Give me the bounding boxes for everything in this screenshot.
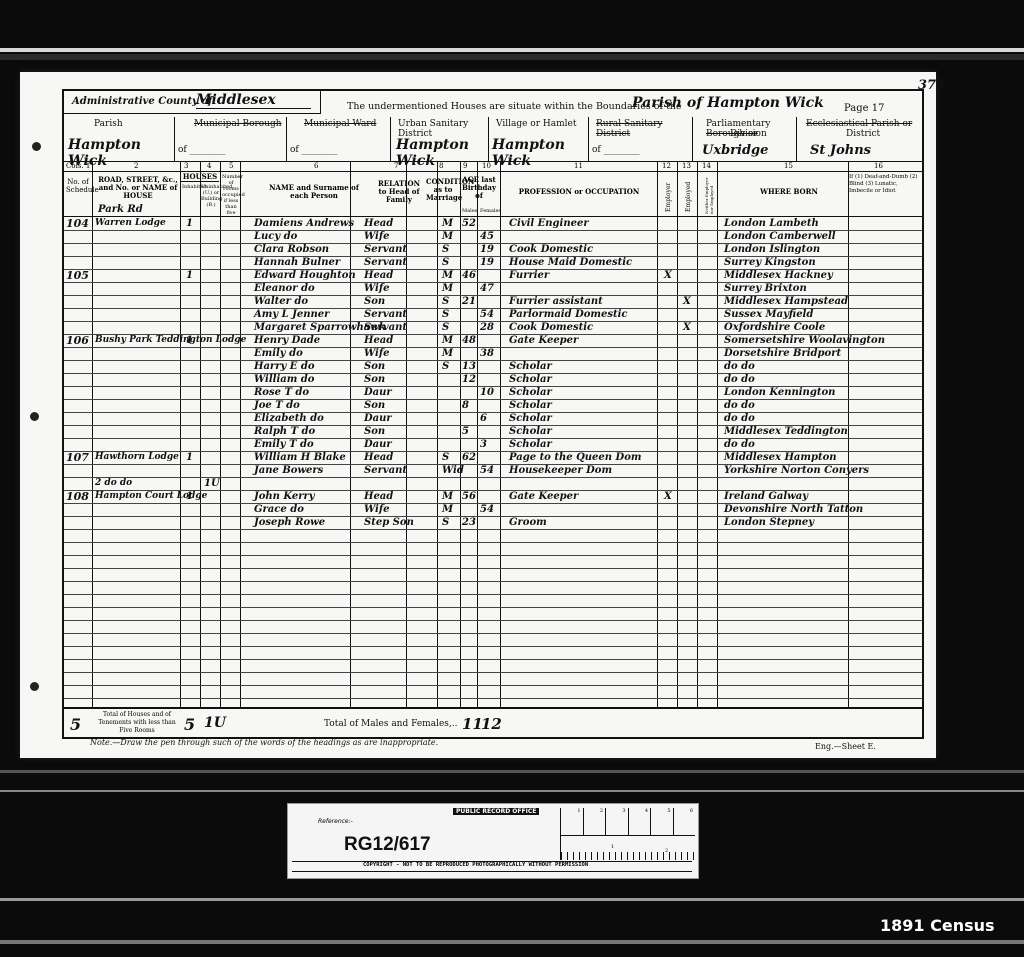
- cell-condition: Wid: [442, 464, 464, 477]
- field-ecclesiastical-district: Ecclesiastical Parish or District St Joh…: [796, 117, 922, 161]
- col-name: NAME and Surname of each Person: [264, 184, 364, 200]
- cell-occupation: House Maid Domestic: [509, 256, 632, 269]
- cell-where-born: London Stepney: [724, 516, 814, 529]
- cell-condition: S: [442, 256, 449, 269]
- reference-label: Reference:-: [318, 818, 353, 825]
- cell-name: John Kerry: [254, 490, 315, 503]
- cell-relation: Son: [364, 425, 385, 438]
- cell-condition: S: [442, 243, 449, 256]
- sheet-label: Eng.—Sheet E.: [815, 742, 876, 751]
- cell-occupation: Cook Domestic: [509, 321, 593, 334]
- table-row: Grace doWifeM54Devonshire North Tatton: [64, 503, 922, 517]
- scan-stripe: [0, 940, 1024, 944]
- col-age: AGE last Birthday of: [460, 176, 498, 200]
- cell-name: Joe T do: [254, 399, 300, 412]
- cell-name: Damiens Andrews: [254, 217, 354, 230]
- cell-female-age: 54: [480, 464, 494, 477]
- cell-name: Eleanor do: [254, 282, 315, 295]
- cell-where-born: Somersetshire Woolavington: [724, 334, 885, 347]
- cell-female-age: 47: [480, 282, 494, 295]
- col-relation: RELATION to Head of Family: [374, 180, 424, 204]
- admin-county-label: Administrative County of: [72, 96, 212, 107]
- scan-stripe: [0, 54, 1024, 60]
- table-row: Lucy doWifeM45London Camberwell: [64, 230, 922, 244]
- cell-occupation: Scholar: [509, 360, 552, 373]
- cell-occupation: Gate Keeper: [509, 334, 578, 347]
- cell-female-age: 3: [480, 438, 487, 451]
- copyright-notice: COPYRIGHT - NOT TO BE REPRODUCED PHOTOGR…: [363, 862, 588, 868]
- cell-name: Emily do: [254, 347, 303, 360]
- table-row: 108Hampton Court Lodge1John KerryHeadM56…: [64, 490, 922, 504]
- cell-name: Henry Dade: [254, 334, 320, 347]
- cell-occupation: Scholar: [509, 425, 552, 438]
- boundaries-value: Parish of Hampton Wick: [632, 95, 824, 111]
- cell-occupation: Gate Keeper: [509, 490, 578, 503]
- cell-name: Emily T do: [254, 438, 314, 451]
- cell-male-age: 23: [462, 516, 476, 529]
- cell-name: Grace do: [254, 503, 304, 516]
- table-row: Walter doSonS21Furrier assistantXMiddles…: [64, 295, 922, 309]
- col-females: Females: [480, 208, 501, 214]
- blank-row: [64, 594, 922, 608]
- folio-number: 374: [918, 78, 945, 93]
- field-rural-sanitary-district: Rural Sanitary District of ________: [588, 117, 693, 161]
- table-row: Emily doWifeM38Dorsetshire Bridport: [64, 347, 922, 361]
- page-number: Page 17: [844, 103, 884, 114]
- cell-where-born: London Camberwell: [724, 230, 836, 243]
- blank-row: [64, 529, 922, 543]
- table-row: Eleanor doWifeM47Surrey Brixton: [64, 282, 922, 296]
- cell-name: Harry E do: [254, 360, 315, 373]
- table-row: 2 do do1U: [64, 477, 922, 491]
- cell-female-age: 10: [480, 386, 494, 399]
- cell-relation: Son: [364, 360, 385, 373]
- admin-county-box: Administrative County of Middlesex: [64, 91, 321, 114]
- cell-inhabited: 1: [186, 451, 193, 464]
- col-where-born: WHERE BORN: [734, 188, 844, 196]
- cell-condition: M: [442, 269, 453, 282]
- cell-occupation: Furrier: [509, 269, 549, 282]
- blank-row: [64, 659, 922, 673]
- cell-condition: M: [442, 503, 453, 516]
- field-urban-sanitary-district: Urban Sanitary District Hampton Wick: [390, 117, 489, 161]
- table-row: 107Hawthorn Lodge1William H BlakeHeadS62…: [64, 451, 922, 465]
- cell-relation: Head: [364, 269, 393, 282]
- table-row: William doSon12Scholardo do: [64, 373, 922, 387]
- col-uninhabited: Uninhabited (U.) or Building (B.): [201, 184, 221, 208]
- cell-female-age: 6: [480, 412, 487, 425]
- blank-row: [64, 633, 922, 647]
- cell-relation: Son: [364, 295, 385, 308]
- cell-condition: M: [442, 282, 453, 295]
- total-males: 11: [462, 715, 483, 733]
- cell-condition: M: [442, 347, 453, 360]
- footer-note: Note.—Draw the pen through such of the w…: [90, 738, 438, 747]
- blank-row: [64, 581, 922, 595]
- record-office-label: PUBLIC RECORD OFFICE: [453, 808, 539, 815]
- cell-condition: S: [442, 295, 449, 308]
- cell-name: Clara Robson: [254, 243, 329, 256]
- district-fields: Parish Hampton Wick Municipal Borough of…: [64, 117, 922, 162]
- cell-relation: Servant: [364, 243, 407, 256]
- cell-relation: Head: [364, 490, 393, 503]
- col-occupation: PROFESSION or OCCUPATION: [504, 188, 654, 196]
- field-municipal-borough: Municipal Borough of ________: [174, 117, 287, 161]
- blank-row: [64, 646, 922, 660]
- cell-condition: S: [442, 451, 449, 464]
- cell-relation: Son: [364, 399, 385, 412]
- cell-name: Ralph T do: [254, 425, 315, 438]
- cell-employer: X: [664, 269, 672, 282]
- cell-schedule: 107: [66, 451, 89, 464]
- cell-relation: Servant: [364, 464, 407, 477]
- cell-relation: Wife: [364, 503, 390, 516]
- cell-male-age: 62: [462, 451, 476, 464]
- cell-occupation: Civil Engineer: [509, 217, 589, 230]
- cell-female-age: 45: [480, 230, 494, 243]
- cell-relation: Servant: [364, 321, 407, 334]
- cell-occupation: Furrier assistant: [509, 295, 603, 308]
- total-females: 12: [481, 715, 502, 733]
- cell-schedule: 106: [66, 334, 89, 347]
- cell-occupation: Scholar: [509, 386, 552, 399]
- cell-male-age: 21: [462, 295, 476, 308]
- cell-employer: X: [664, 490, 672, 503]
- reference-card: Reference:- PUBLIC RECORD OFFICE RG12/61…: [287, 803, 699, 879]
- scan-stripe: [0, 790, 1024, 792]
- col-neither: Neither Employer nor Employed: [704, 174, 714, 214]
- cell-male-age: 46: [462, 269, 476, 282]
- cell-where-born: Sussex Mayfield: [724, 308, 813, 321]
- street-name: Park Rd: [98, 204, 143, 215]
- cell-female-age: 54: [480, 503, 494, 516]
- cell-relation: Daur: [364, 438, 392, 451]
- cell-male-age: 56: [462, 490, 476, 503]
- reference-code: RG12/617: [344, 834, 431, 856]
- cell-inhabited: 1: [186, 490, 193, 503]
- cell-where-born: Dorsetshire Bridport: [724, 347, 841, 360]
- blank-row: [64, 568, 922, 582]
- table-row: Clara RobsonServantS19Cook DomesticLondo…: [64, 243, 922, 257]
- cell-name: Jane Bowers: [254, 464, 323, 477]
- census-page: Administrative County of Middlesex The u…: [20, 72, 936, 758]
- col-condition: CONDITION as to Marriage: [426, 178, 460, 202]
- cell-relation: Servant: [364, 308, 407, 321]
- table-row: Harry E doSonS13Scholardo do: [64, 360, 922, 374]
- cell-where-born: Devonshire North Tatton: [724, 503, 863, 516]
- cell-name: Lucy do: [254, 230, 297, 243]
- blank-row: [64, 555, 922, 569]
- cell-employed: X: [683, 295, 691, 308]
- table-row: Rose T doDaur10ScholarLondon Kennington: [64, 386, 922, 400]
- cell-female-age: 54: [480, 308, 494, 321]
- blank-row: [64, 685, 922, 699]
- cell-uninhabited: 1U: [204, 477, 220, 490]
- cell-where-born: do do: [724, 412, 755, 425]
- cell-male-age: 13: [462, 360, 476, 373]
- cell-condition: M: [442, 217, 453, 230]
- cell-where-born: Middlesex Hackney: [724, 269, 833, 282]
- cell-occupation: Page to the Queen Dom: [509, 451, 641, 464]
- col-schedule: No. of Schedule: [66, 178, 90, 194]
- census-year-label: 1891 Census: [880, 916, 995, 935]
- col-inhabited: Inhabited: [182, 184, 200, 190]
- cell-name: Joseph Rowe: [254, 516, 325, 529]
- cell-relation: Head: [364, 334, 393, 347]
- cell-schedule: 105: [66, 269, 89, 282]
- cell-occupation: Groom: [509, 516, 547, 529]
- table-row: Hannah BulnerServantS19House Maid Domest…: [64, 256, 922, 270]
- cell-inhabited: 1: [186, 269, 193, 282]
- cell-condition: S: [442, 360, 449, 373]
- cell-male-age: 12: [462, 373, 476, 386]
- field-municipal-ward: Municipal Ward of ________: [286, 117, 391, 161]
- cell-where-born: do do: [724, 360, 755, 373]
- cell-where-born: do do: [724, 438, 755, 451]
- cell-employed: X: [683, 321, 691, 334]
- cell-occupation: Parlormaid Domestic: [509, 308, 628, 321]
- cell-where-born: Middlesex Teddington: [724, 425, 848, 438]
- cell-where-born: London Lambeth: [724, 217, 819, 230]
- cell-condition: M: [442, 334, 453, 347]
- table-row: Amy L JennerServantS54Parlormaid Domesti…: [64, 308, 922, 322]
- table-row: Joe T doSon8Scholardo do: [64, 399, 922, 413]
- cell-name: Edward Houghton: [254, 269, 356, 282]
- cell-where-born: Oxfordshire Coole: [724, 321, 825, 334]
- col-infirmity: If (1) Deaf-and-Dumb (2) Blind (3) Lunat…: [849, 174, 921, 195]
- cell-relation: Daur: [364, 412, 392, 425]
- table-row: 1051Edward HoughtonHeadM46FurrierXMiddle…: [64, 269, 922, 283]
- scan-stripe: [0, 48, 1024, 52]
- col-males: Males: [462, 208, 477, 214]
- cell-name: Amy L Jenner: [254, 308, 329, 321]
- cell-female-age: 19: [480, 243, 494, 256]
- cell-occupation: Scholar: [509, 438, 552, 451]
- total-schedules: 5: [70, 715, 81, 734]
- cell-occupation: Housekeeper Dom: [509, 464, 612, 477]
- measurement-ruler: 1 2 3 4 5 6 1 2: [560, 808, 695, 860]
- table-row: Ralph T doSon5ScholarMiddlesex Teddingto…: [64, 425, 922, 439]
- table-row: Jane BowersServantWid54Housekeeper DomYo…: [64, 464, 922, 478]
- cell-female-age: 38: [480, 347, 494, 360]
- cell-schedule: 108: [66, 490, 89, 503]
- cell-house: 2 do do: [95, 477, 132, 490]
- table-row: 106Bushy Park Teddington Lodge1Henry Dad…: [64, 334, 922, 348]
- total-males-females-label: Total of Males and Females,..: [324, 719, 458, 729]
- cell-name: Elizabeth do: [254, 412, 324, 425]
- cell-name: Walter do: [254, 295, 308, 308]
- total-houses-label: Total of Houses and of Tenements with le…: [96, 711, 178, 735]
- cell-where-born: do do: [724, 399, 755, 412]
- table-row: Elizabeth doDaur6Scholardo do: [64, 412, 922, 426]
- cell-schedule: 104: [66, 217, 89, 230]
- cell-condition: S: [442, 308, 449, 321]
- cell-condition: S: [442, 516, 449, 529]
- blank-row: [64, 542, 922, 556]
- cell-inhabited: 1: [186, 334, 193, 347]
- cell-name: Hannah Bulner: [254, 256, 340, 269]
- field-village-hamlet: Village or Hamlet Hampton Wick: [488, 117, 589, 161]
- column-headers: No. of Schedule ROAD, STREET, &c., and N…: [64, 172, 922, 217]
- cell-where-born: Middlesex Hampstead: [724, 295, 848, 308]
- cell-condition: S: [442, 321, 449, 334]
- cell-house: Hawthorn Lodge: [95, 451, 179, 464]
- cell-female-age: 19: [480, 256, 494, 269]
- cell-relation: Son: [364, 373, 385, 386]
- cell-inhabited: 1: [186, 217, 193, 230]
- col-employer: Employer: [665, 176, 672, 212]
- cell-where-born: do do: [724, 373, 755, 386]
- cell-male-age: 8: [462, 399, 469, 412]
- cell-relation: Head: [364, 217, 393, 230]
- cell-name: William do: [254, 373, 314, 386]
- table-row: Emily T doDaur3Scholardo do: [64, 438, 922, 452]
- cell-male-age: 48: [462, 334, 476, 347]
- cell-relation: Daur: [364, 386, 392, 399]
- cell-house: Bushy Park Teddington Lodge: [95, 334, 246, 347]
- col-rooms: Number of rooms occupied if less than fi…: [222, 174, 240, 216]
- cell-where-born: London Kennington: [724, 386, 835, 399]
- cell-male-age: 52: [462, 217, 476, 230]
- cell-relation: Wife: [364, 282, 390, 295]
- cell-relation: Step Son: [364, 516, 414, 529]
- cell-name: William H Blake: [254, 451, 346, 464]
- field-civil-parish: Parish Hampton Wick: [64, 117, 175, 161]
- cell-male-age: 5: [462, 425, 469, 438]
- table-row: Margaret SparrowhawkServantS28Cook Domes…: [64, 321, 922, 335]
- cell-occupation: Cook Domestic: [509, 243, 593, 256]
- punch-hole: [32, 142, 41, 151]
- col-employed: Employed: [685, 176, 692, 212]
- blank-row: [64, 620, 922, 634]
- scan-stripe: [0, 898, 1024, 901]
- total-inhabited: 5: [184, 715, 195, 734]
- total-uninhabited: 1U: [204, 715, 226, 731]
- cell-relation: Servant: [364, 256, 407, 269]
- cell-female-age: 28: [480, 321, 494, 334]
- cell-relation: Wife: [364, 347, 390, 360]
- admin-county-value: Middlesex: [196, 92, 311, 109]
- cell-where-born: London Islington: [724, 243, 820, 256]
- cell-where-born: Middlesex Hampton: [724, 451, 837, 464]
- scan-stripe: [0, 770, 1024, 773]
- cell-relation: Wife: [364, 230, 390, 243]
- cell-where-born: Ireland Galway: [724, 490, 808, 503]
- col-house-name: ROAD, STREET, &c., and No. or NAME of HO…: [96, 176, 180, 200]
- punch-hole: [30, 412, 39, 421]
- field-parliamentary-division: Parliamentary Borough or Division Uxbrid…: [692, 117, 797, 161]
- cell-condition: M: [442, 230, 453, 243]
- column-numbers: Cols. 1 2 3 4 5 6 7 8 9 10 11 12 13 14 1…: [64, 162, 922, 172]
- cell-condition: M: [442, 490, 453, 503]
- punch-hole: [30, 682, 39, 691]
- cell-where-born: Surrey Brixton: [724, 282, 807, 295]
- cell-occupation: Scholar: [509, 373, 552, 386]
- blank-row: [64, 672, 922, 686]
- cell-where-born: Surrey Kingston: [724, 256, 816, 269]
- table-row: Joseph RoweStep SonS23GroomLondon Stepne…: [64, 516, 922, 530]
- table-row: 104Warren Lodge1Damiens AndrewsHeadM52Ci…: [64, 217, 922, 231]
- totals-row: 5 Total of Houses and of Tenements with …: [64, 707, 922, 739]
- cell-house: Warren Lodge: [95, 217, 166, 230]
- cell-where-born: Yorkshire Norton Conyers: [724, 464, 869, 477]
- cell-relation: Head: [364, 451, 393, 464]
- cell-occupation: Scholar: [509, 399, 552, 412]
- cell-name: Rose T do: [254, 386, 309, 399]
- blank-row: [64, 607, 922, 621]
- cell-occupation: Scholar: [509, 412, 552, 425]
- census-form: Administrative County of Middlesex The u…: [62, 89, 924, 739]
